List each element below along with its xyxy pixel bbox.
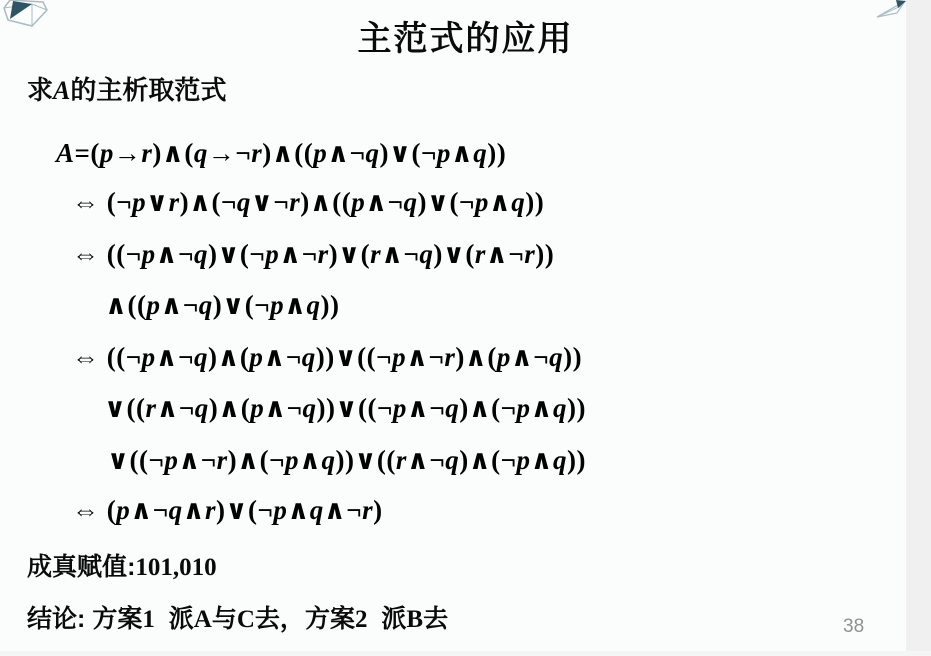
presentation-slide: 主范式的应用 求A的主析取范式 A=(p→r)∧(q→¬r)∧((p∧¬q)∨(…	[0, 0, 931, 656]
slide-title: 主范式的应用	[0, 11, 931, 60]
derivation-line-8: ⇔ (p∧¬q∧r)∨(¬p∧q∧¬r)	[72, 493, 383, 527]
derivation-line-7: ∨((¬p∧¬r)∧(¬p∧q))∨((r∧¬q)∧(¬p∧q))	[107, 443, 586, 477]
bottom-gutter	[0, 651, 931, 656]
conclusion-line: 结论: 方案1 派A与C去，方案2 派B去	[27, 599, 448, 635]
derivation-line-2: ⇔ (¬p∨r)∧(¬q∨¬r)∧((p∧¬q)∨(¬p∧q))	[72, 185, 544, 219]
derivation-line-3: ⇔ ((¬p∧¬q)∨(¬p∧¬r)∨(r∧¬q)∨(r∧¬r))	[72, 237, 554, 271]
derivation-line-4: ∧((p∧¬q)∨(¬p∧q))	[105, 288, 340, 322]
derivation-line-6: ∨((r∧¬q)∧(p∧¬q))∨((¬p∧¬q)∧(¬p∧q))	[104, 391, 586, 425]
truth-assignment-line: 成真赋值:101,010	[27, 547, 217, 583]
right-gutter	[906, 0, 931, 656]
page-number: 38	[843, 616, 864, 638]
derivation-line-1: A=(p→r)∧(q→¬r)∧((p∧¬q)∨(¬p∧q))	[56, 136, 506, 170]
problem-heading: 求A的主析取范式	[27, 70, 226, 107]
derivation-line-5: ⇔ ((¬p∧¬q)∧(p∧¬q))∨((¬p∧¬r)∧(p∧¬q))	[72, 340, 582, 374]
